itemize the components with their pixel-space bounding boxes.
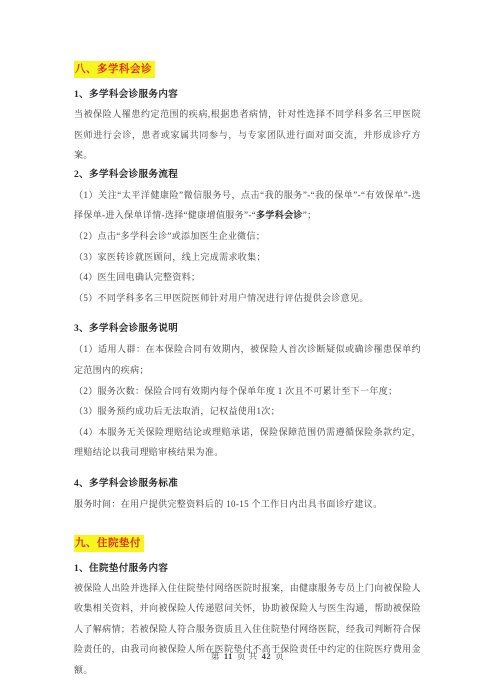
flow-step-1-text: （1）关注“太平洋健康险”微信服务号，点击“我的服务”-“我的保单”-“有效保单… [74,190,421,221]
document-page: 八、多学科会诊 1、多学科会诊服务内容 当被保险人罹患约定范围的疾病,根据患者病… [0,0,495,700]
section-8-subheading-1: 1、多学科会诊服务内容 [74,88,421,102]
note-3: （3）服务预约成功后无法取消，记权益使用1次； [74,401,421,422]
flow-step-1-bold: 多学科会诊 [256,210,303,220]
footer-page-number: 11 [224,651,233,661]
section-8-subheading-2: 2、多学科会诊服务流程 [74,168,421,182]
flow-step-2: （2）点击“多学科会诊”或添加医生企业微信； [74,226,421,247]
note-1: （1）适用人群：在本保险合同有效期内，被保险人首次诊断疑似或确诊罹患保单约定范围… [74,339,421,380]
flow-step-5: （5）不同学科多名三甲医院医师针对用户情况进行评估提供会诊意见。 [74,288,421,309]
section-9-heading-row: 九、住院垫付 [74,533,421,552]
section-8-heading-row: 八、多学科会诊 [74,59,421,78]
section-8-subheading-3: 3、多学科会诊服务说明 [74,322,421,336]
service-standard-paragraph: 服务时间：在用户提供完整资料后的 10-15 个工作日内出具书面诊疗建议。 [74,494,421,515]
note-4: （4）本服务无关保险理赔结论或理赔承诺，保险保障范围仍需遵循保险条款约定，理赔结… [74,422,421,463]
section-9-content-paragraph: 被保险人出险并选择入住住院垫付网络医院时报案，由健康服务专员上门向被保险人收集相… [74,578,421,681]
flow-step-3: （3）家医转诊就医顾问，线上完成需求收集； [74,247,421,268]
flow-step-1-end: ”； [303,210,317,220]
section-9-subheading-1: 1、住院垫付服务内容 [74,562,421,576]
footer-label-pre: 第 [211,651,220,661]
section-9-heading: 九、住院垫付 [74,535,144,552]
section-8-content-paragraph: 当被保险人罹患约定范围的疾病,根据患者病情，针对性选择不同学科多名三甲医院医师进… [74,104,421,166]
section-8-heading: 八、多学科会诊 [74,61,155,78]
flow-step-4: （4）医生回电确认完整资料； [74,267,421,288]
section-8-subheading-4: 4、多学科会诊服务标准 [74,477,421,491]
footer-label-post: 页 [275,651,284,661]
footer-label-mid: 页 共 [237,651,258,661]
page-footer: 第11页 共42页 [0,650,495,662]
flow-step-1: （1）关注“太平洋健康险”微信服务号，点击“我的服务”-“我的保单”-“有效保单… [74,185,421,226]
footer-total-pages: 42 [262,651,272,661]
note-2: （2）服务次数：保险合同有效期内每个保单年度 1 次且不可累计至下一年度； [74,381,421,402]
